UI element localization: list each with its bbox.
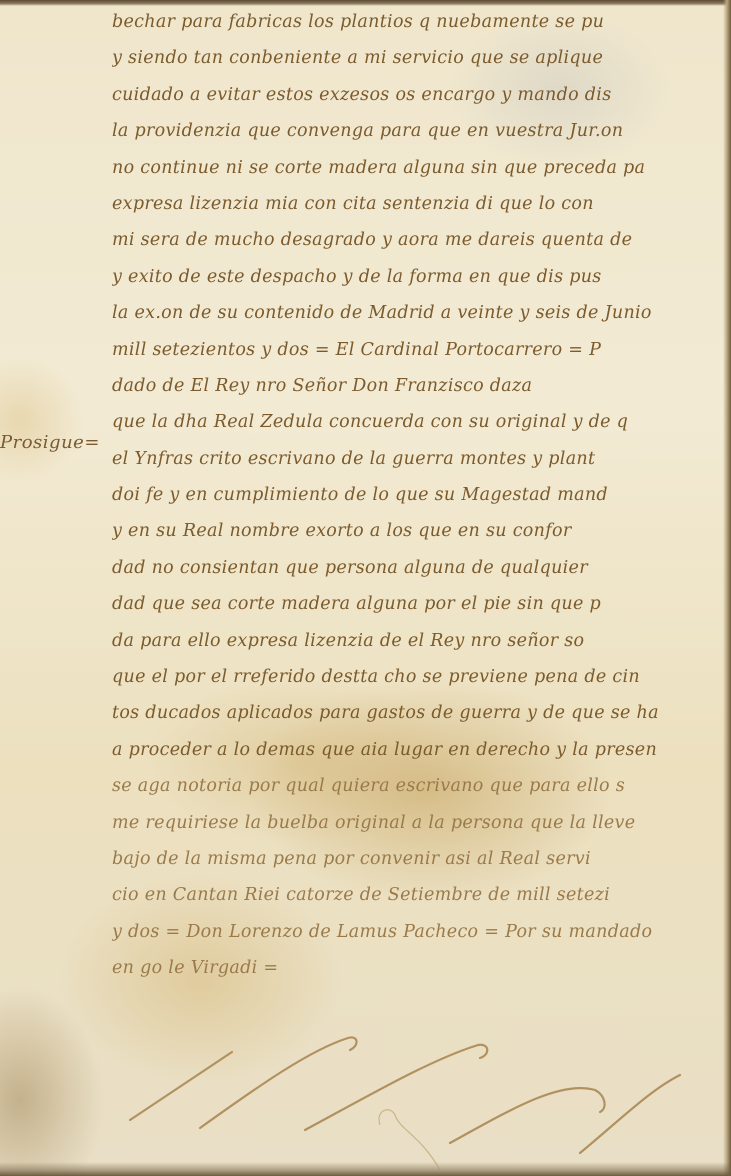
signature-rubric-flourish	[0, 0, 731, 1176]
manuscript-page: Prosigue= bechar para fabricas los plant…	[0, 0, 731, 1176]
